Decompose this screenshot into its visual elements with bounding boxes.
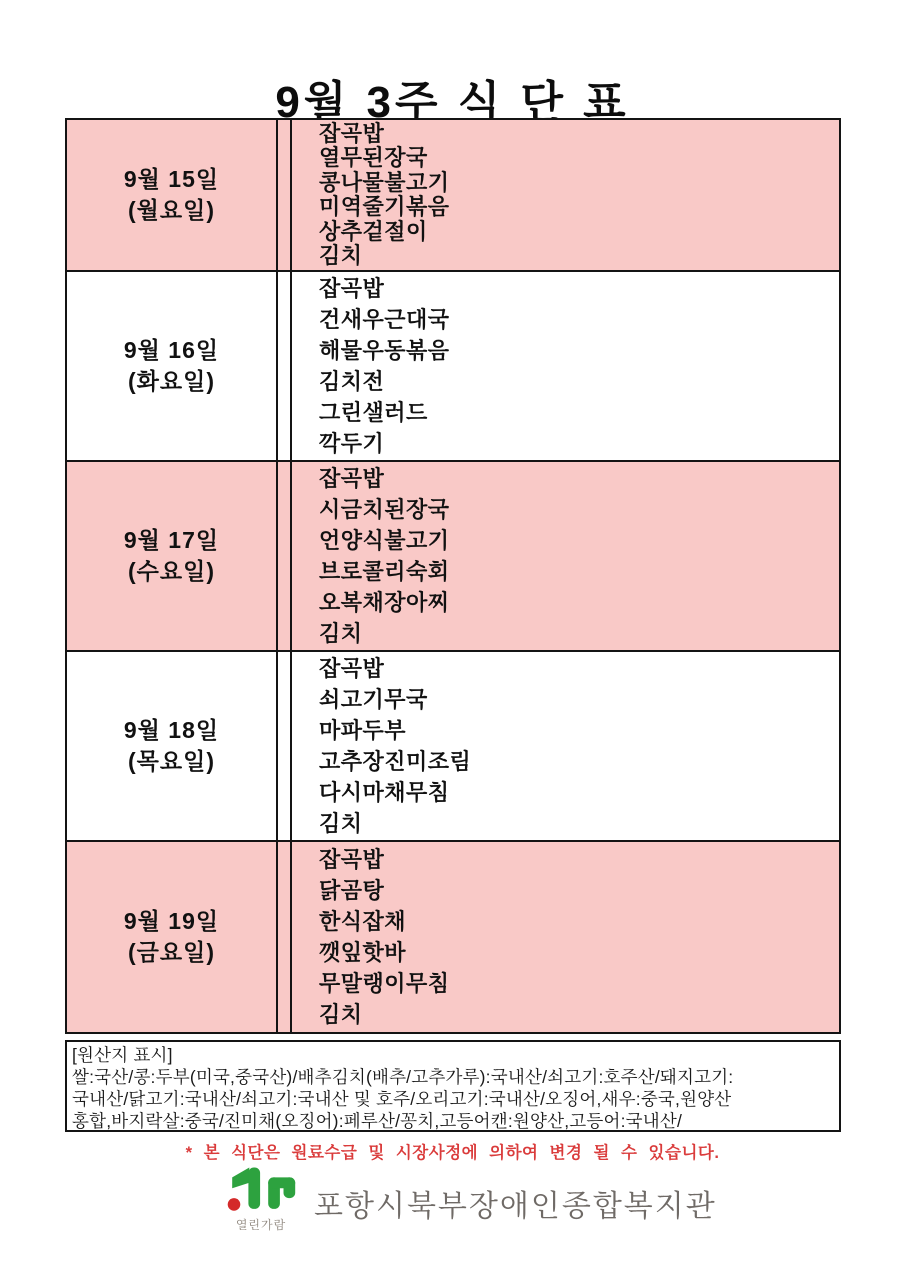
menu-cell: 잡곡밥시금치된장국언양식불고기브로콜리숙회오복채장아찌김치: [290, 462, 839, 650]
menu-item: 잡곡밥: [319, 273, 839, 304]
organization-name: 포항시북부장애인종합복지관: [314, 1181, 717, 1233]
menu-item: 마파두부: [319, 715, 839, 746]
date-label: 9월 18일: [124, 715, 219, 746]
date-cell: 9월 19일(금요일): [67, 842, 278, 1032]
menu-item: 건새우근대국: [319, 304, 839, 335]
origin-label-box: [원산지 표시] 쌀:국산/콩:두부(미국,중국산)/배추김치(배추/고추가루)…: [65, 1040, 841, 1132]
menu-row: 9월 18일(목요일)잡곡밥쇠고기무국마파두부고추장진미조림다시마채무침김치: [67, 652, 839, 842]
menu-item: 김치: [319, 808, 839, 839]
menu-item: 브로콜리숙회: [319, 556, 839, 587]
day-label: (금요일): [128, 937, 215, 968]
menu-cell: 잡곡밥닭곰탕한식잡채깻잎핫바무말랭이무침김치: [290, 842, 839, 1032]
logo-icon: [225, 1165, 297, 1215]
menu-item: 김치: [319, 244, 839, 269]
menu-item: 잡곡밥: [319, 653, 839, 684]
column-divider-gap: [278, 652, 290, 840]
origin-line: 국내산/닭고기:국내산/쇠고기:국내산 및 호주/오리고기:국내산/오징어,새우…: [72, 1088, 834, 1110]
menu-item: 콩나물불고기: [319, 171, 839, 196]
menu-row: 9월 16일(화요일)잡곡밥건새우근대국해물우동볶음김치전그린샐러드깍두기: [67, 272, 839, 462]
menu-row: 9월 19일(금요일)잡곡밥닭곰탕한식잡채깻잎핫바무말랭이무침김치: [67, 842, 839, 1032]
menu-cell: 잡곡밥열무된장국콩나물불고기미역줄기볶음상추겉절이김치: [290, 120, 839, 270]
menu-item: 다시마채무침: [319, 777, 839, 808]
menu-item: 열무된장국: [319, 146, 839, 171]
day-label: (수요일): [128, 556, 215, 587]
date-label: 9월 16일: [124, 335, 219, 366]
column-divider-gap: [278, 120, 290, 270]
date-cell: 9월 15일(월요일): [67, 120, 278, 270]
menu-row: 9월 17일(수요일)잡곡밥시금치된장국언양식불고기브로콜리숙회오복채장아찌김치: [67, 462, 839, 652]
date-label: 9월 19일: [124, 906, 219, 937]
menu-item: 해물우동볶음: [319, 335, 839, 366]
day-label: (월요일): [128, 195, 215, 226]
day-label: (화요일): [128, 366, 215, 397]
date-cell: 9월 16일(화요일): [67, 272, 278, 460]
menu-item: 잡곡밥: [319, 122, 839, 147]
menu-item: 깍두기: [319, 428, 839, 459]
column-divider-gap: [278, 462, 290, 650]
menu-item: 고추장진미조림: [319, 746, 839, 777]
date-label: 9월 15일: [124, 164, 219, 195]
date-cell: 9월 17일(수요일): [67, 462, 278, 650]
menu-item: 상추겉절이: [319, 220, 839, 245]
menu-item: 김치: [319, 999, 839, 1030]
organization-logo: 열린가람: [222, 1165, 300, 1233]
origin-heading: [원산지 표시]: [72, 1044, 834, 1066]
date-label: 9월 17일: [124, 525, 219, 556]
change-notice: * 본 식단은 원료수급 및 시장사정에 의하여 변경 될 수 있습니다.: [0, 1139, 905, 1163]
menu-item: 잡곡밥: [319, 463, 839, 494]
meal-plan-page: 9월 3주 식 단 표 9월 15일(월요일)잡곡밥열무된장국콩나물불고기미역줄…: [0, 0, 905, 1280]
menu-item: 무말랭이무침: [319, 968, 839, 999]
day-label: (목요일): [128, 746, 215, 777]
origin-line: 쌀:국산/콩:두부(미국,중국산)/배추김치(배추/고추가루):국내산/쇠고기:…: [72, 1066, 834, 1088]
footer: 열린가람 포항시북부장애인종합복지관: [222, 1165, 717, 1233]
menu-item: 오복채장아찌: [319, 587, 839, 618]
menu-item: 깻잎핫바: [319, 937, 839, 968]
menu-cell: 잡곡밥건새우근대국해물우동볶음김치전그린샐러드깍두기: [290, 272, 839, 460]
menu-item: 미역줄기볶음: [319, 195, 839, 220]
origin-line: 홍합,바지락살:중국/진미채(오징어):페루산/꽁치,고등어캔:원양산,고등어:…: [72, 1110, 834, 1132]
menu-item: 한식잡채: [319, 906, 839, 937]
menu-item: 언양식불고기: [319, 525, 839, 556]
menu-item: 닭곰탕: [319, 875, 839, 906]
column-divider-gap: [278, 842, 290, 1032]
menu-item: 그린샐러드: [319, 397, 839, 428]
menu-item: 쇠고기무국: [319, 684, 839, 715]
logo-subtext: 열린가람: [236, 1216, 286, 1233]
menu-item: 김치전: [319, 366, 839, 397]
menu-item: 잡곡밥: [319, 844, 839, 875]
menu-cell: 잡곡밥쇠고기무국마파두부고추장진미조림다시마채무침김치: [290, 652, 839, 840]
menu-row: 9월 15일(월요일)잡곡밥열무된장국콩나물불고기미역줄기볶음상추겉절이김치: [67, 120, 839, 272]
weekly-menu-table: 9월 15일(월요일)잡곡밥열무된장국콩나물불고기미역줄기볶음상추겉절이김치9월…: [65, 118, 841, 1034]
menu-item: 시금치된장국: [319, 494, 839, 525]
date-cell: 9월 18일(목요일): [67, 652, 278, 840]
menu-item: 김치: [319, 618, 839, 649]
column-divider-gap: [278, 272, 290, 460]
